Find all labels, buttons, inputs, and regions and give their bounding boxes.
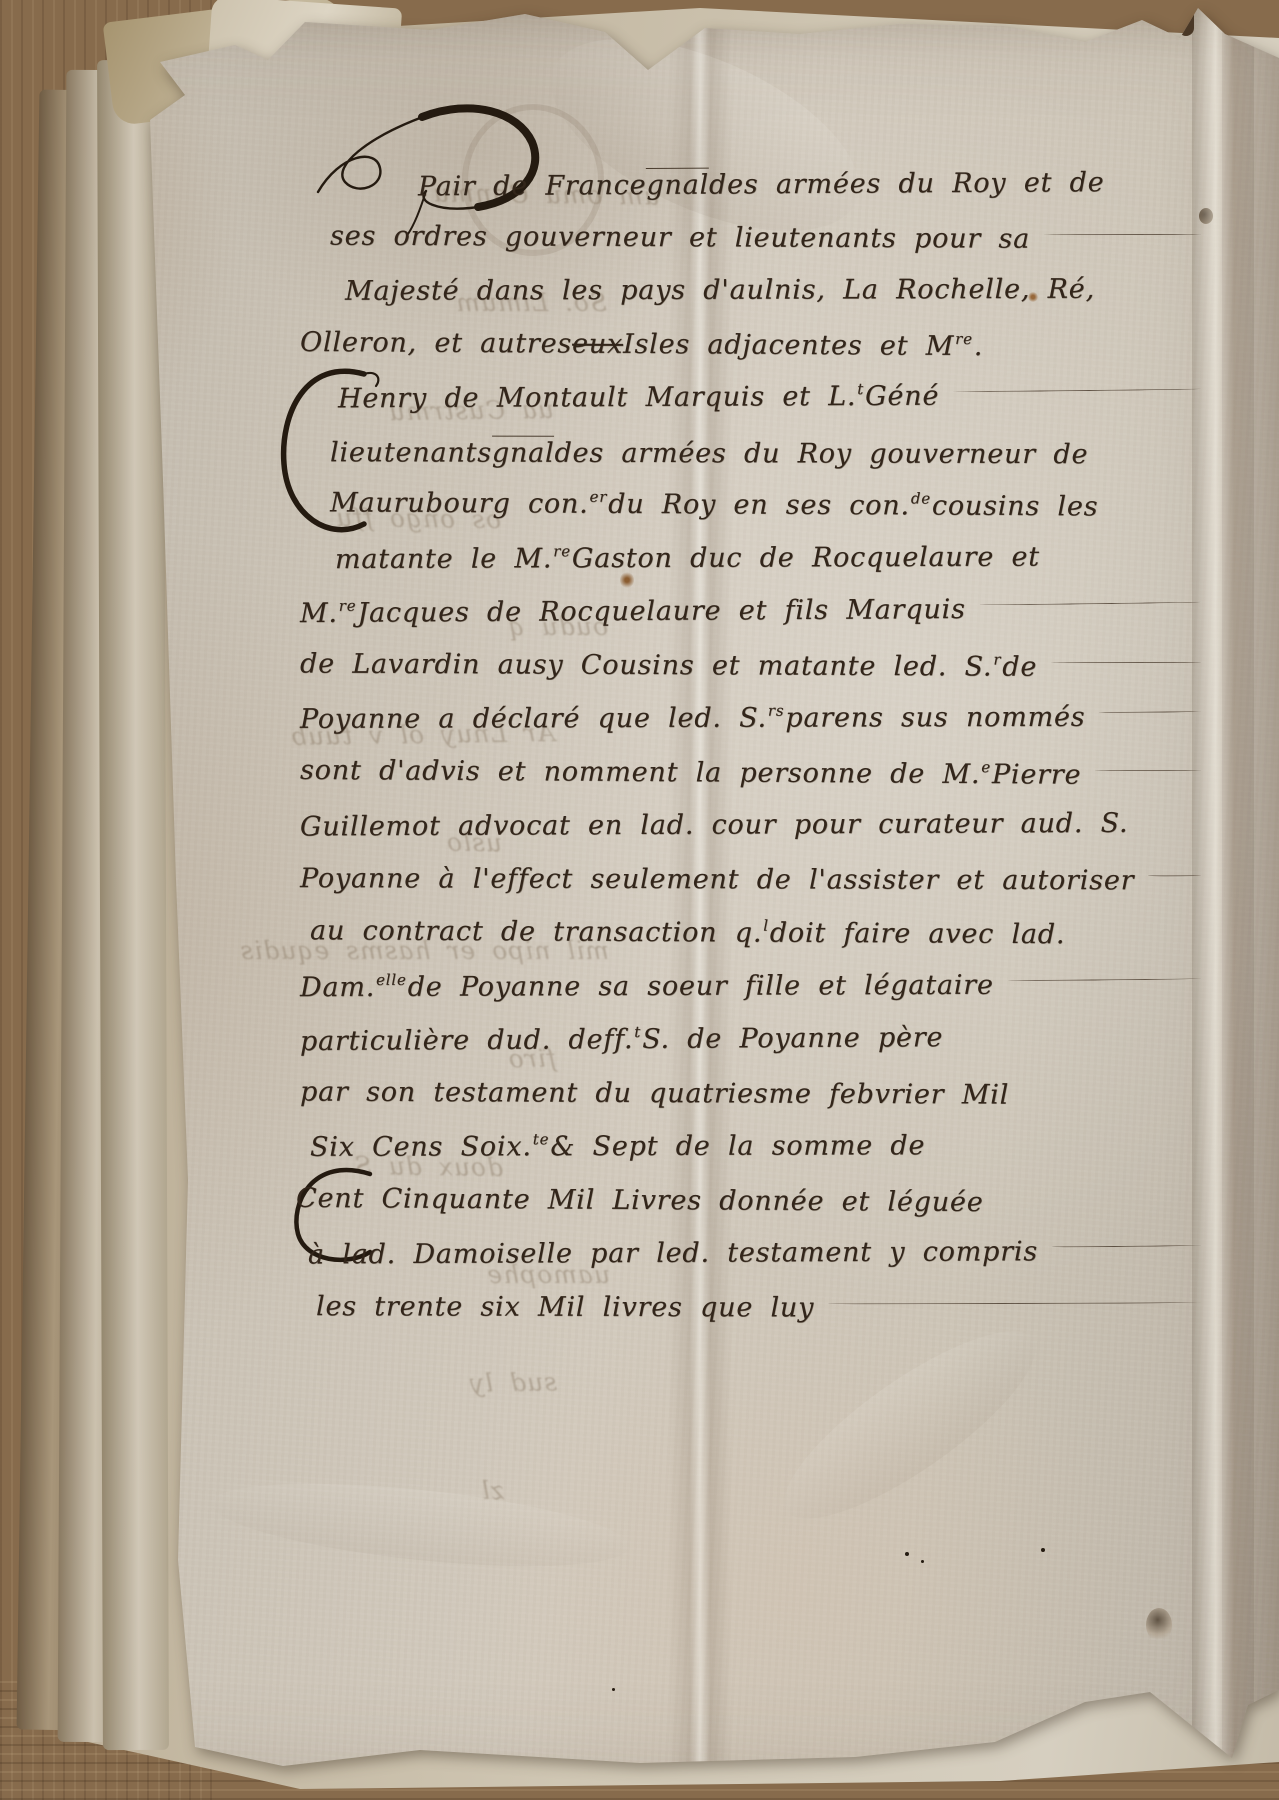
line-text: au contract de transaction q. bbox=[310, 915, 762, 948]
line-text: Isles adjacentes et M bbox=[623, 328, 954, 361]
page-wrapper: um omu CnnmuSo. Limumua Custrmuos ongo f… bbox=[0, 0, 1279, 1800]
line-text: Pierre bbox=[992, 759, 1082, 791]
superscript-abbreviation: e bbox=[981, 758, 991, 776]
line-text: de Poyanne sa soeur fille et légataire bbox=[408, 969, 994, 1002]
line-text: de Lavardin ausy Cousins et matante led.… bbox=[300, 648, 992, 682]
superscript-abbreviation: re bbox=[955, 329, 973, 347]
handwritten-line: Olleron, et autres eux Isles adjacentes … bbox=[0, 325, 1279, 386]
manuscript-photo: um omu CnnmuSo. Limumua Custrmuos ongo f… bbox=[0, 0, 1279, 1800]
handwritten-line: lieutenants gnal des armées du Roy gouve… bbox=[0, 434, 1279, 491]
superscript-abbreviation: t bbox=[857, 380, 864, 398]
line-text: Poyanne a déclaré que led. S. bbox=[300, 703, 767, 735]
handwritten-line: Six Cens Soix.te & Sept de la somme de bbox=[0, 1129, 1279, 1186]
line-text: gnal bbox=[492, 435, 555, 468]
handwritten-line: matante le M.re Gaston duc de Rocquelaur… bbox=[0, 540, 1279, 598]
pen-trail-stroke bbox=[1052, 1244, 1201, 1248]
line-text: de bbox=[1002, 651, 1037, 682]
line-text: particulière dud. deff. bbox=[300, 1024, 634, 1057]
pen-trail-stroke bbox=[1051, 660, 1201, 662]
line-text: les trente six Mil livres que luy bbox=[316, 1291, 814, 1323]
superscript-abbreviation: r bbox=[993, 650, 1001, 668]
ink-speck bbox=[905, 1552, 909, 1556]
line-text: gnal bbox=[646, 168, 709, 201]
line-text: Olleron, et autres bbox=[300, 326, 572, 359]
handwritten-line: Maurubourg con.er du Roy en ses con.de c… bbox=[0, 486, 1279, 546]
handwritten-line: Poyanne à l'effect seulement de l'assist… bbox=[0, 862, 1279, 919]
bleedthrough-fragment: zl bbox=[481, 1476, 505, 1505]
handwritten-line: Cent Cinquante Mil Livres donnée et légu… bbox=[0, 1181, 1279, 1242]
foxing-spot bbox=[1028, 292, 1038, 302]
line-text: . bbox=[974, 331, 984, 362]
line-text: des armées du Roy gouverneur de bbox=[554, 437, 1088, 469]
line-text: lieutenants bbox=[330, 437, 492, 468]
line-text: parens sus nommés bbox=[785, 702, 1085, 734]
line-text: M. bbox=[300, 598, 338, 629]
handwritten-line: Dam.elle de Poyanne sa soeur fille et lé… bbox=[0, 968, 1279, 1026]
top-edge-tear bbox=[1178, 0, 1194, 36]
handwritten-line: Pair de France gnal des armées du Roy et… bbox=[0, 164, 1279, 225]
line-text: Dam. bbox=[300, 971, 375, 1002]
line-text: par son testament du quatriesme febvrier… bbox=[300, 1076, 1009, 1110]
pen-trail-stroke bbox=[1008, 977, 1201, 981]
superscript-abbreviation: er bbox=[590, 488, 608, 506]
line-text: Maurubourg con. bbox=[330, 487, 589, 519]
line-text: ses ordres gouverneur et lieutenants pou… bbox=[330, 220, 1030, 254]
handwritten-line: Poyanne a déclaré que led. S.rs parens s… bbox=[0, 701, 1279, 758]
line-text: S. de Poyanne père bbox=[642, 1022, 943, 1055]
handwritten-line: Majesté dans les pays d'aulnis, La Roche… bbox=[0, 273, 1279, 330]
superscript-abbreviation: te bbox=[533, 1130, 550, 1148]
handwritten-line: ses ordres gouverneur et lieutenants pou… bbox=[0, 219, 1279, 278]
pen-trail-stroke bbox=[1095, 769, 1201, 771]
handwritten-line: de Lavardin ausy Cousins et matante led.… bbox=[0, 647, 1279, 706]
line-text: Guillemot advocat en lad. cour pour cura… bbox=[300, 808, 1128, 843]
pen-trail-stroke bbox=[980, 601, 1201, 606]
line-text: & Sept de la somme de bbox=[550, 1130, 925, 1162]
line-text: matante le M. bbox=[335, 543, 552, 575]
line-text: Poyanne à l'effect seulement de l'assist… bbox=[300, 863, 1134, 896]
line-text: des armées du Roy et de bbox=[709, 167, 1105, 200]
line-text: Six Cens Soix. bbox=[310, 1131, 532, 1163]
ink-speck bbox=[612, 1688, 615, 1691]
handwritten-line: par son testament du quatriesme febvrier… bbox=[0, 1075, 1279, 1134]
line-text: sont d'advis et nomment la personne de M… bbox=[300, 754, 980, 789]
manuscript-page: um omu CnnmuSo. Limumua Custrmuos ongo f… bbox=[0, 0, 1279, 1800]
line-text: du Roy en ses con. bbox=[608, 489, 910, 522]
line-text: à lad. Damoiselle par led. testament y c… bbox=[308, 1236, 1038, 1270]
pen-trail-stroke bbox=[1044, 232, 1201, 234]
handwritten-line: au contract de transaction q.l doit fair… bbox=[0, 914, 1279, 974]
pen-trail-stroke bbox=[828, 1301, 1201, 1304]
superscript-abbreviation: re bbox=[339, 597, 357, 615]
line-text: Majesté dans les pays d'aulnis, La Roche… bbox=[345, 274, 1095, 307]
line-text: Pair de France bbox=[418, 170, 647, 202]
line-text: Jacques de Rocquelaure et fils Marquis bbox=[357, 594, 965, 629]
pen-trail-stroke bbox=[953, 388, 1201, 393]
line-text: Géné bbox=[865, 381, 939, 412]
superscript-abbreviation: de bbox=[911, 489, 931, 507]
line-text: Cent Cinquante Mil Livres donnée et légu… bbox=[296, 1182, 984, 1217]
superscript-abbreviation: elle bbox=[376, 970, 407, 988]
handwritten-line: sont d'advis et nomment la personne de M… bbox=[0, 753, 1279, 814]
right-fold-shadow bbox=[1222, 0, 1279, 1800]
ink-speck bbox=[921, 1560, 924, 1563]
handwritten-line: à lad. Damoiselle par led. testament y c… bbox=[0, 1235, 1279, 1294]
superscript-abbreviation: t bbox=[634, 1023, 641, 1041]
superscript-abbreviation: l bbox=[763, 917, 769, 935]
handwritten-line: Henry de Montault Marquis et L.t Géné bbox=[0, 379, 1279, 438]
line-text: cousins les bbox=[932, 491, 1099, 523]
handwritten-line: M.re Jacques de Rocquelaure et fils Marq… bbox=[0, 592, 1279, 653]
handwritten-line: les trente six Mil livres que luy bbox=[0, 1290, 1279, 1347]
line-text: Henry de Montault Marquis et L. bbox=[338, 381, 856, 414]
handwritten-line: Guillemot advocat en lad. cour pour cura… bbox=[0, 807, 1279, 866]
line-text: Gaston duc de Rocquelaure et bbox=[572, 541, 1040, 574]
pen-trail-stroke bbox=[1099, 710, 1201, 713]
paper-dent bbox=[1146, 1608, 1172, 1642]
line-text: eux bbox=[572, 328, 623, 359]
bleedthrough-fragment: sud ly bbox=[469, 1367, 557, 1397]
handwritten-line: particulière dud. deff.t S. de Poyanne p… bbox=[0, 1020, 1279, 1081]
ink-speck bbox=[1041, 1548, 1045, 1552]
superscript-abbreviation: re bbox=[553, 542, 571, 560]
superscript-abbreviation: rs bbox=[768, 702, 785, 720]
manuscript-text: Pair de France gnal des armées du Roy et… bbox=[0, 168, 1279, 1345]
foxing-spot bbox=[620, 572, 634, 588]
line-text: doit faire avec lad. bbox=[770, 918, 1066, 951]
